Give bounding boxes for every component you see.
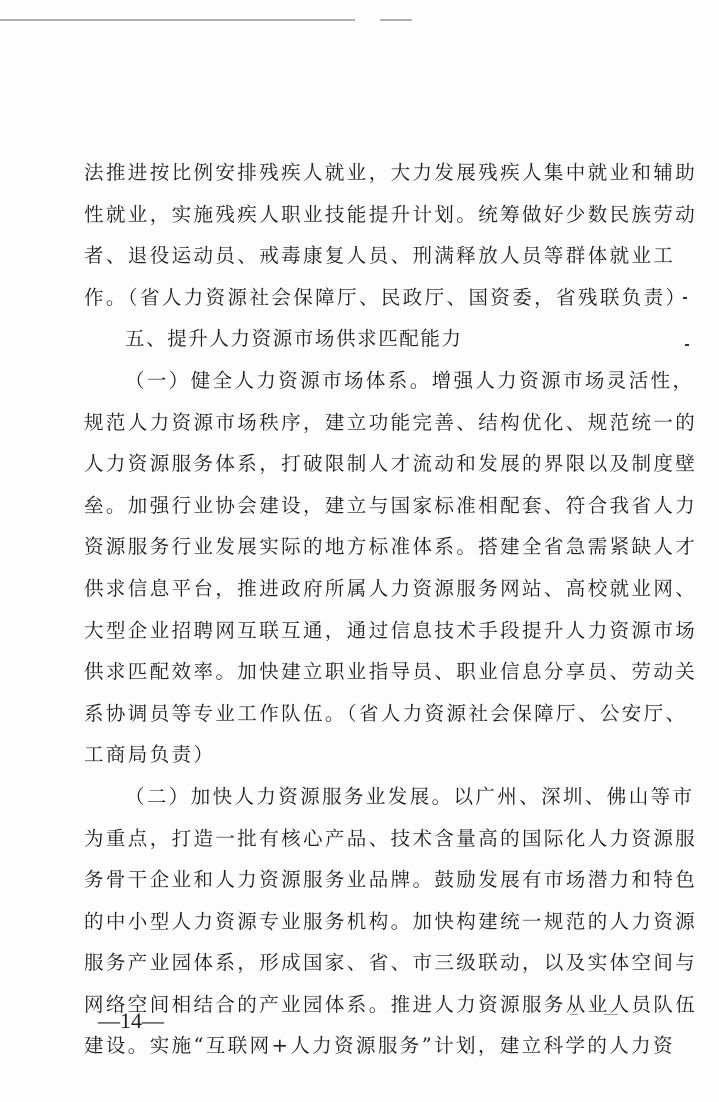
text-line: 务骨干企业和人力资源服务业品牌。鼓励发展有市场潜力和特色 (84, 859, 674, 901)
subsection-first-line: （二）加快人力资源服务业发展。以广州、深圳、佛山等市 (84, 776, 674, 818)
text-line: 规范人力资源市场秩序，建立功能完善、结构优化、规范统一的 (84, 402, 674, 444)
text-line: 大型企业招聘网互联互通，通过信息技术手段提升人力资源市场 (84, 610, 674, 652)
page-number: —14— (98, 1008, 164, 1034)
margin-mark (685, 344, 689, 346)
margin-mark (683, 297, 687, 299)
text-line: 建设。实施“互联网+人力资源服务”计划，建立科学的人力资 (84, 1025, 674, 1067)
text-line: 工商局负责） (84, 734, 674, 776)
text-line: 者、退役运动员、戒毒康复人员、刑满释放人员等群体就业工 (84, 235, 674, 277)
text-line: 服务产业园体系，形成国家、省、市三级联动，以及实体空间与 (84, 942, 674, 984)
text-line: 性就业，实施残疾人职业技能提升计划。统筹做好少数民族劳动 (84, 194, 674, 236)
text-line: 垒。加强行业协会建设，建立与国家标准相配套、符合我省人力 (84, 485, 674, 527)
top-rule-segment (380, 19, 412, 21)
text-line: 网络空间相结合的产业园体系。推进人力资源服务从业人员队伍 (84, 984, 674, 1026)
subsection-first-line: （一）健全人力资源市场体系。增强人力资源市场灵活性， (84, 360, 674, 402)
document-body: 法推进按比例安排残疾人就业，大力发展残疾人集中就业和辅助 性就业，实施残疾人职业… (84, 152, 674, 1067)
text-line: 法推进按比例安排残疾人就业，大力发展残疾人集中就业和辅助 (84, 152, 674, 194)
text-line: 的中小型人力资源专业服务机构。加快构建统一规范的人力资源 (84, 901, 674, 943)
text-line: 为重点，打造一批有核心产品、技术含量高的国际化人力资源服 (84, 818, 674, 860)
text-line: 作。（省人力资源社会保障厅、民政厅、国资委，省残联负责） (84, 277, 674, 319)
top-rule-line (0, 19, 355, 21)
text-line: 系协调员等专业工作队伍。（省人力资源社会保障厅、公安厅、 (84, 693, 674, 735)
document-page: 法推进按比例安排残疾人就业，大力发展残疾人集中就业和辅助 性就业，实施残疾人职业… (0, 0, 719, 1102)
scan-speck (604, 1014, 618, 1015)
text-line: 供求匹配效率。加快建立职业指导员、职业信息分享员、劳动关 (84, 651, 674, 693)
text-line: 供求信息平台，推进政府所属人力资源服务网站、高校就业网、 (84, 568, 674, 610)
section-heading: 五、提升人力资源市场供求匹配能力 (84, 318, 674, 360)
scan-speck (570, 1014, 578, 1015)
text-line: 资源服务行业发展实际的地方标准体系。搭建全省急需紧缺人才 (84, 526, 674, 568)
text-line: 人力资源服务体系，打破限制人才流动和发展的界限以及制度壁 (84, 443, 674, 485)
